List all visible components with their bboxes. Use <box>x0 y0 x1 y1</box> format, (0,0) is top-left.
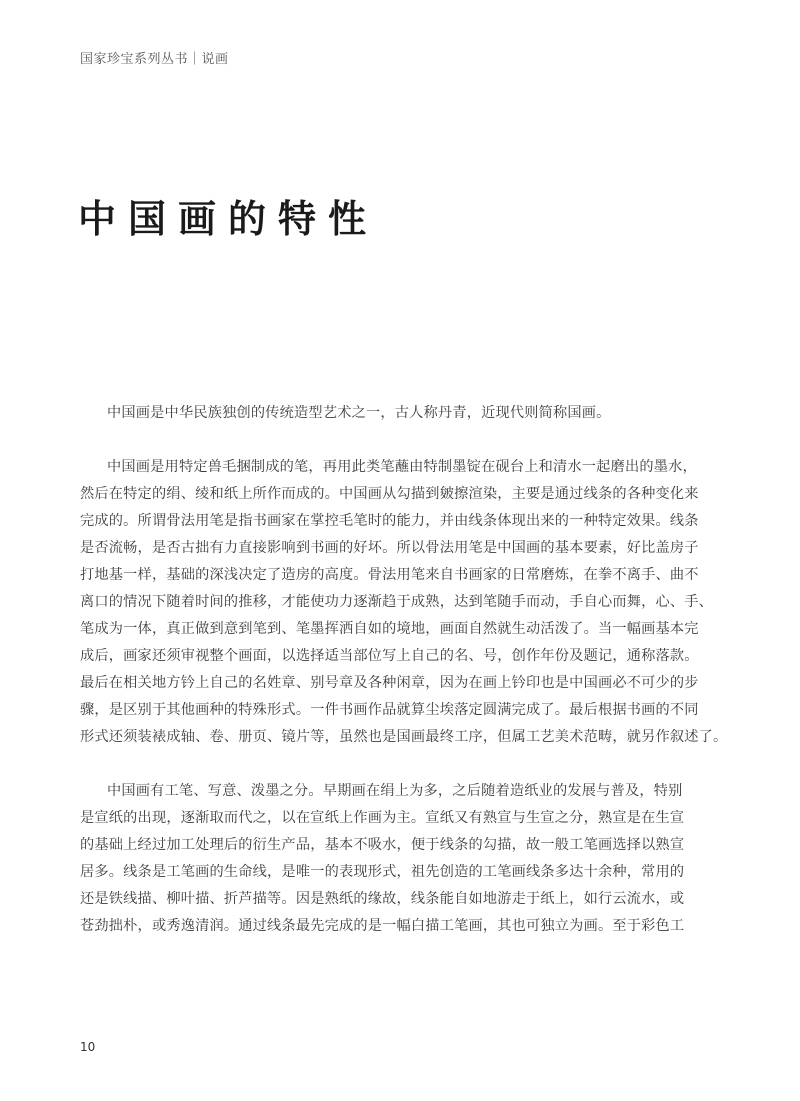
text-line: 的基础上经过加工处理后的衍生产品，基本不吸水，便于线条的勾描，故一般工笔画选择以… <box>80 832 700 859</box>
paragraph-3: 中国画有工笔、写意、泼墨之分。早期画在绢上为多，之后随着造纸业的发展与普及，特别… <box>80 778 700 940</box>
text-line: 骤，是区别于其他画种的特殊形式。一件书画作品就算尘埃落定圆满完成了。最后根据书画… <box>80 697 700 724</box>
page-number: 10 <box>80 1040 95 1054</box>
text-line: 最后在相关地方钤上自己的名姓章、别号章及各种闲章，因为在画上钤印也是中国画必不可… <box>80 670 700 697</box>
text-line: 然后在特定的绢、绫和纸上所作而成的。中国画从勾描到皴擦渲染，主要是通过线条的各种… <box>80 481 700 508</box>
chapter-title: 中国画的特性 <box>78 188 378 243</box>
text-line: 苍劲拙朴，或秀逸清润。通过线条最先完成的是一幅白描工笔画，其也可独立为画。至于彩… <box>80 913 700 940</box>
text-line: 居多。线条是工笔画的生命线，是唯一的表现形式，祖先创造的工笔画线条多达十余种，常… <box>80 859 700 886</box>
text-line: 打地基一样，基础的深浅决定了造房的高度。骨法用笔来自书画家的日常磨炼，在拳不离手… <box>80 562 700 589</box>
text-line: 还是铁线描、柳叶描、折芦描等。因是熟纸的缘故，线条能自如地游走于纸上，如行云流水… <box>80 886 700 913</box>
text-line: 中国画有工笔、写意、泼墨之分。早期画在绢上为多，之后随着造纸业的发展与普及，特别 <box>80 778 700 805</box>
text-line: 离口的情况下随着时间的推移，才能使功力逐渐趋于成熟，达到笔随手而动，手自心而舞，… <box>80 589 700 616</box>
paragraph-1: 中国画是中华民族独创的传统造型艺术之一，古人称丹青，近现代则简称国画。 <box>80 400 700 427</box>
text-line: 形式还须装裱成轴、卷、册页、镜片等，虽然也是国画最终工序，但属工艺美术范畴，就另… <box>80 724 700 751</box>
text-line: 中国画是用特定兽毛捆制成的笔，再用此类笔蘸由特制墨锭在砚台上和清水一起磨出的墨水… <box>80 454 700 481</box>
text-line: 是宣纸的出现，逐渐取而代之，以在宣纸上作画为主。宣纸又有熟宣与生宣之分，熟宣是在… <box>80 805 700 832</box>
text-line: 笔成为一体，真正做到意到笔到、笔墨挥洒自如的境地，画面自然就生动活泼了。当一幅画… <box>80 616 700 643</box>
text-line: 是否流畅，是否古拙有力直接影响到书画的好坏。所以骨法用笔是中国画的基本要素，好比… <box>80 535 700 562</box>
body-text: 中国画是中华民族独创的传统造型艺术之一，古人称丹青，近现代则简称国画。 中国画是… <box>80 400 700 967</box>
running-header: 国家珍宝系列丛书｜说画 <box>80 48 229 67</box>
text-line: 成后，画家还须审视整个画面，以选择适当部位写上自己的名、号，创作年份及题记，通称… <box>80 643 700 670</box>
text-line: 中国画是中华民族独创的传统造型艺术之一，古人称丹青，近现代则简称国画。 <box>80 400 700 427</box>
text-line: 完成的。所谓骨法用笔是指书画家在掌控毛笔时的能力，并由线条体现出来的一种特定效果… <box>80 508 700 535</box>
paragraph-2: 中国画是用特定兽毛捆制成的笔，再用此类笔蘸由特制墨锭在砚台上和清水一起磨出的墨水… <box>80 454 700 751</box>
